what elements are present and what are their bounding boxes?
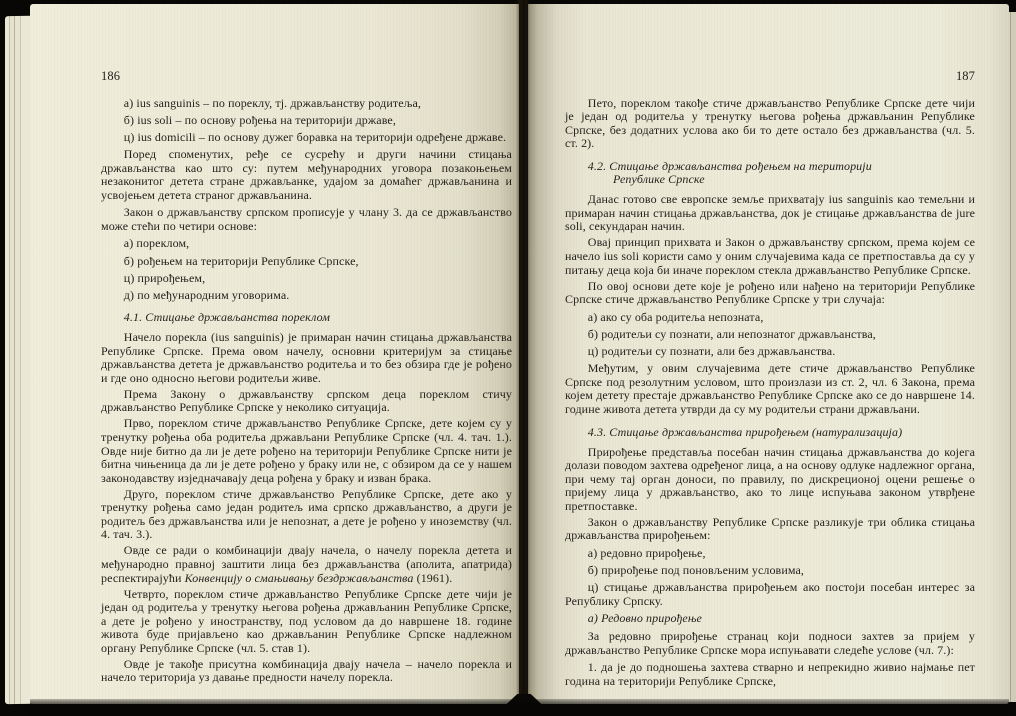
left-page-text: 186 а) ius sanguinis – по пореклу, тј. д… — [101, 70, 512, 687]
heading-line: Републике Српске — [588, 173, 975, 187]
italic-phrase: Конвенцију о смањивању бездржављанства — [185, 571, 414, 585]
paragraph: За редовно прирођење странац који поднос… — [565, 630, 975, 657]
paragraph: Друго, пореклом стиче држављанство Репуб… — [101, 488, 512, 542]
paragraph: Овај принцип прихвата и Закон о држављан… — [565, 236, 975, 277]
list-item: а) редовно прирођење, — [565, 547, 975, 561]
list-item: а) ако су оба родитеља непозната, — [565, 311, 975, 325]
section-heading: 4.2. Стицање држављанства рођењем на тер… — [565, 160, 975, 187]
paragraph: Поред споменутих, ређе се сусрећу и друг… — [101, 148, 512, 202]
list-item: б) прирођење под поновљеним условима, — [565, 564, 975, 578]
paragraph-text: (1961). — [414, 571, 453, 585]
heading-line: 4.2. Стицање држављанства рођењем на тер… — [588, 159, 872, 173]
list-item: ц) стицање држављанства прирођењем ако п… — [565, 581, 975, 608]
list-item: ц) ius domicili – по основу дужег боравк… — [101, 131, 512, 145]
paragraph: Закон о држављанству Републике Српске ра… — [565, 516, 975, 543]
book-photo: 186 а) ius sanguinis – по пореклу, тј. д… — [0, 0, 1016, 716]
paragraph: Овде се ради о комбинацији двају начела,… — [101, 544, 512, 585]
section-heading: 4.3. Стицање држављанства прирођењем (на… — [565, 426, 975, 440]
page-number: 186 — [101, 70, 512, 84]
paragraph: Данас готово све европске земље прихвата… — [565, 193, 975, 234]
paragraph: Међутим, у овим случајевима дете стиче д… — [565, 362, 975, 416]
list-item: д) по међународним уговорима. — [101, 289, 512, 303]
paragraph: Закон о држављанству српском прописује у… — [101, 206, 512, 233]
paragraph: 1. да је до подношења захтева стварно и … — [565, 661, 975, 688]
list-item: б) родитељи су познати, али непознатог д… — [565, 328, 975, 342]
list-item: ц) прирођењем, — [101, 272, 512, 286]
list-item: б) рођењем на територији Републике Српск… — [101, 255, 512, 269]
paragraph: Прирођење представља посебан начин стица… — [565, 446, 975, 514]
paragraph: Прво, пореклом стиче држављанство Републ… — [101, 417, 512, 485]
list-item: а) пореклом, — [101, 237, 512, 251]
left-page-edges — [5, 16, 32, 704]
paragraph: Четврто, пореклом стиче држављанство Реп… — [101, 588, 512, 656]
sub-heading: а) Редовно прирођење — [565, 612, 975, 626]
paragraph: Пето, пореклом такође стиче држављанство… — [565, 97, 975, 151]
paragraph: Начело порекла (ius sanguinis) је примар… — [101, 331, 512, 385]
page-bottom-shadow — [30, 699, 1009, 716]
page-number: 187 — [565, 70, 975, 84]
list-item: ц) родитељи су познати, али без држављан… — [565, 345, 975, 359]
paragraph: Према Закону о држављанству српском деца… — [101, 388, 512, 415]
right-page-text: 187 Пето, пореклом такође стиче држављан… — [565, 70, 975, 691]
paragraph: По овој основи дете које је рођено или н… — [565, 280, 975, 307]
section-heading: 4.1. Стицање држављанства пореклом — [101, 311, 512, 325]
book-gutter-shadow — [516, 0, 530, 710]
list-item: б) ius soli – по основу рођења на терито… — [101, 114, 512, 128]
list-item: а) ius sanguinis – по пореклу, тј. држав… — [101, 97, 512, 111]
paragraph: Овде је такође присутна комбинација двај… — [101, 658, 512, 685]
